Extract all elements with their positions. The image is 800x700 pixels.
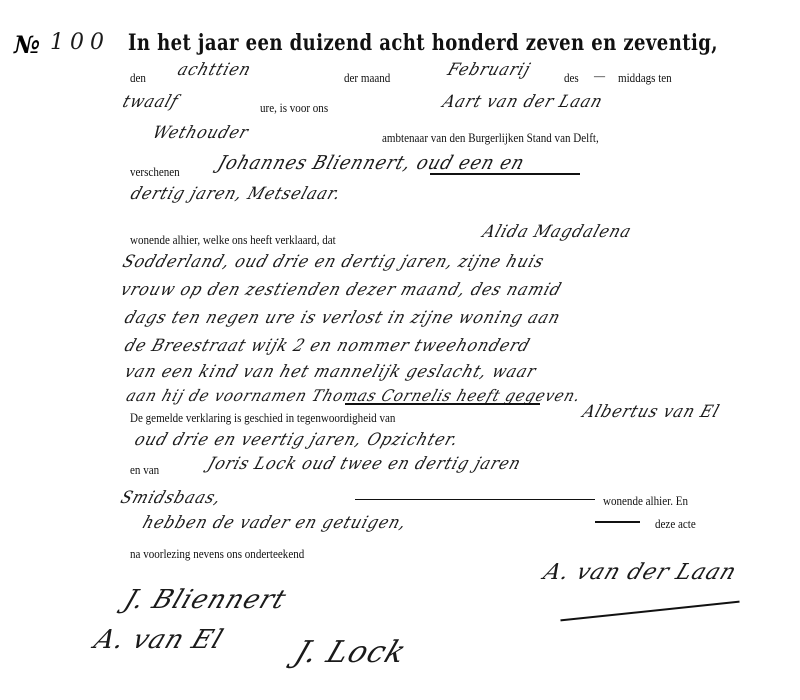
signature-official: A. van der Laan [540,560,740,585]
printed-deze-acte: deze acte [655,516,696,532]
hand-role: Wethouder [150,123,251,143]
printed-wonende-en: wonende alhier. En [603,493,688,509]
record-number: 100 [50,30,110,55]
dash: — [594,68,605,84]
signature-father: J. Bliennert [120,585,291,615]
hand-witness2: Joris Lock oud twee en dertig jaren [205,454,524,474]
hand-official-name: Aart van der Laan [440,92,606,112]
hand-line-10: de Breestraat wijk 2 en nommer tweehonde… [122,336,533,356]
printed-verschenen: verschenen [130,164,180,180]
printed-wonende-alhier: wonende alhier, welke ons heeft verklaar… [130,232,336,248]
hand-hebben: hebben de vader en getuigen, [140,513,409,533]
hand-witness1-age: oud drie en veertig jaren, Opzichter. [132,430,461,450]
printed-ure: ure, is voor ons [260,100,328,116]
blank-line-1 [355,499,595,500]
hand-day: achttien [175,60,254,80]
underline-child-name [345,403,540,405]
blank-line-2 [595,521,640,523]
hand-line-9: dags ten negen ure is verlost in zijne w… [122,308,563,328]
printed-verklaring: De gemelde verklaring is geschied in teg… [130,410,395,426]
hand-line-11: van een kind van het mannelijk geslacht,… [122,362,539,382]
signature-witness2: J. Lock [290,635,411,670]
signature-witness1: A. van El [90,625,228,655]
printed-den: den [130,70,146,86]
underline-father [430,173,580,175]
hand-mother: Alida Magdalena [480,222,634,242]
hand-father-age: dertig jaren, Metselaar. [128,184,344,204]
hand-month: Februarij [445,60,533,80]
printed-en-van: en van [130,462,159,478]
signature-flourish [560,601,739,622]
hand-line-8: vrouw op den zestienden dezer maand, des… [118,280,564,300]
record-number-symbol: № [14,30,40,59]
heading: In het jaar een duizend acht honderd zev… [128,30,718,56]
printed-des: des [564,70,579,86]
printed-der-maand: der maand [344,70,390,86]
hand-witness1: Albertus van El [580,402,722,422]
hand-line-7: Sodderland, oud drie en dertig jaren, zi… [120,252,547,272]
hand-witness2-occupation: Smidsbaas, [118,488,224,508]
printed-ambtenaar: ambtenaar van den Burgerlijken Stand van… [382,130,599,146]
printed-middags-ten: middags ten [618,70,672,86]
hand-hour: twaalf [120,92,181,112]
printed-voorlezing: na voorlezing nevens ons onderteekend [130,546,304,562]
hand-father: Johannes Bliennert, oud een en [215,152,528,174]
